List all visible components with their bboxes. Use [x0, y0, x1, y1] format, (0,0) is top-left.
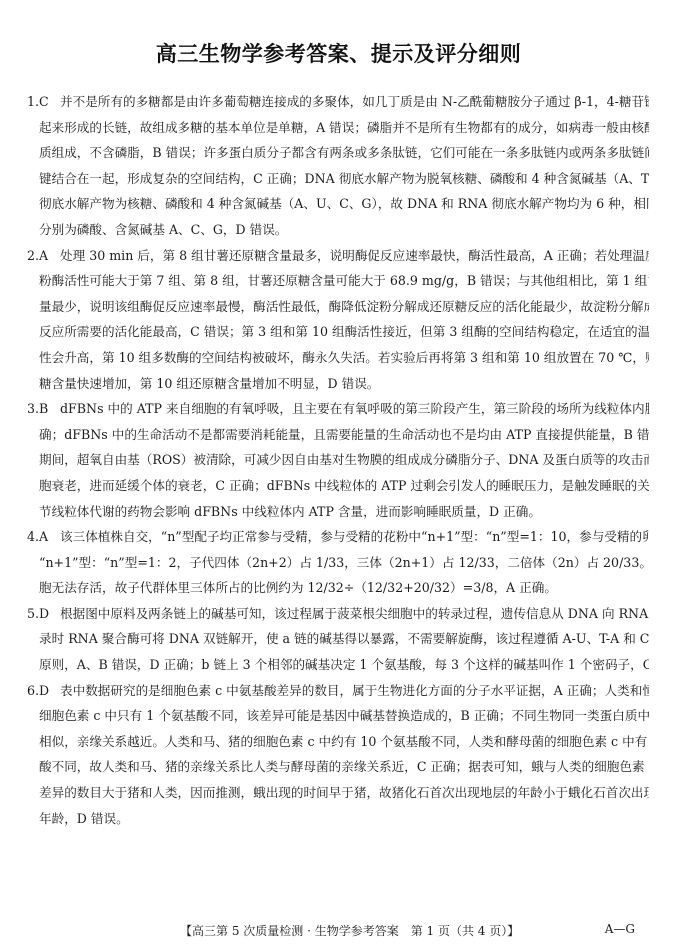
- explanation-text: 表中数据研究的是细胞色素 c 中氨基酸差异的数目，属于生物进化方面的分子水平证据…: [60, 683, 649, 698]
- answer-text-line: 录时 RNA 聚合酶可将 DNA 双链解开，使 a 链的碱基得以暴露，不需要解旋…: [27, 626, 649, 652]
- answer-text-line: 性会升高，第 10 组多数酶的空间结构被破坏，酶永久失活。若实验后再将第 3 组…: [27, 345, 649, 371]
- explanation-text: 并不是所有的多糖都是由许多葡萄糖连接成的多聚体，如几丁质是由 N-乙酰葡糖胺分子…: [60, 94, 649, 109]
- answer-item: 3.BdFBNs 中的 ATP 来自细胞的有氧呼吸，且主要在有氧呼吸的第三阶段产…: [27, 396, 649, 524]
- question-number: 1.: [27, 89, 39, 115]
- answer-text-line: 量最少，说明该组酶促反应速率最慢，酶活性最低，酶降低淀粉分解成还原糖反应的活化能…: [27, 294, 649, 320]
- footer-page-info: 【高三第 5 次质量检测 · 生物学参考答案 第 1 页（共 4 页）】: [180, 922, 519, 939]
- question-number: 3.: [27, 396, 39, 422]
- explanation-text: 确；dFBNs 中的生命活动不是都需要消耗能量，且需要能量的生命活动也不是均由 …: [39, 427, 649, 442]
- answer-item: 5.D根据图中原料及两条链上的碱基可知，该过程属于菠菜根尖细胞中的转录过程，遗传…: [27, 601, 649, 678]
- explanation-text: 处理 30 min 后，第 8 组甘薯还原糖含量最多，说明酶促反应速率最快，酶活…: [60, 248, 649, 263]
- explanation-text: 录时 RNA 聚合酶可将 DNA 双链解开，使 a 链的碱基得以暴露，不需要解旋…: [39, 631, 649, 646]
- answer-text-line: 4.A该三体植株自交，“n”型配子均正常参与受精，参与受精的花粉中“n+1”型：…: [27, 524, 649, 550]
- explanation-text: 期间，超氧自由基（ROS）被清除，可减少因自由基对生物膜的组成成分磷脂分子、DN…: [39, 452, 649, 467]
- explanation-text: 反应所需要的活化能最高，C 错误；第 3 组和第 10 组酶活性接近，但第 3 …: [39, 324, 649, 339]
- footer-version-code: A—G: [605, 922, 635, 936]
- explanation-text: 细胞色素 c 中只有 1 个氨基酸不同，该差异可能是基因中碱基替换造成的，B 正…: [39, 708, 649, 723]
- explanation-text: 糖含量快速增加，第 10 组还原糖含量增加不明显，D 错误。: [39, 376, 379, 391]
- explanation-text: 根据图中原料及两条链上的碱基可知，该过程属于菠菜根尖细胞中的转录过程，遗传信息从…: [60, 606, 649, 621]
- answer-text-line: 键结合在一起，形成复杂的空间结构，C 正确；DNA 彻底水解产物为脱氧核糖、磷酸…: [27, 166, 649, 192]
- answer-text-line: 5.D根据图中原料及两条链上的碱基可知，该过程属于菠菜根尖细胞中的转录过程，遗传…: [27, 601, 649, 627]
- answer-text-line: 2.A处理 30 min 后，第 8 组甘薯还原糖含量最多，说明酶促反应速率最快…: [27, 243, 649, 269]
- explanation-text: 粉酶活性可能大于第 7 组、第 8 组，甘薯还原糖含量可能大于 68.9 mg/…: [39, 273, 649, 288]
- answer-choice: B: [39, 396, 60, 422]
- answer-text-line: 3.BdFBNs 中的 ATP 来自细胞的有氧呼吸，且主要在有氧呼吸的第三阶段产…: [27, 396, 649, 422]
- explanation-text: 相似，亲缘关系越近。人类和马、猪的细胞色素 c 中约有 10 个氨基酸不同，人类…: [39, 734, 649, 749]
- explanation-text: 该三体植株自交，“n”型配子均正常参与受精，参与受精的花粉中“n+1”型：“n”…: [60, 529, 649, 544]
- answer-item: 2.A处理 30 min 后，第 8 组甘薯还原糖含量最多，说明酶促反应速率最快…: [27, 243, 649, 397]
- explanation-text: “n+1”型：“n”型=1：2，子代四体（2n+2）占 1/33，三体（2n+1…: [39, 555, 649, 570]
- answer-text-line: 胞衰老，进而延缓个体的衰老，C 正确；dFBNs 中线粒体的 ATP 过剩会引发…: [27, 473, 649, 499]
- answer-choice: D: [39, 678, 60, 704]
- answer-text-line: 起来形成的长链，故组成多糖的基本单位是单糖，A 错误；磷脂并不是所有生物都有的成…: [27, 115, 649, 141]
- explanation-text: 性会升高，第 10 组多数酶的空间结构被破坏，酶永久失活。若实验后再将第 3 组…: [39, 350, 649, 365]
- explanation-text: 胞无法存活，故子代群体里三体所占的比例约为 12/32÷（12/32+20/32…: [39, 580, 557, 595]
- explanation-text: 起来形成的长链，故组成多糖的基本单位是单糖，A 错误；磷脂并不是所有生物都有的成…: [39, 120, 649, 135]
- answer-item: 6.D表中数据研究的是细胞色素 c 中氨基酸差异的数目，属于生物进化方面的分子水…: [27, 678, 649, 832]
- answer-text-line: 确；dFBNs 中的生命活动不是都需要消耗能量，且需要能量的生命活动也不是均由 …: [27, 422, 649, 448]
- question-number: 5.: [27, 601, 39, 627]
- explanation-text: 节线粒体代谢的药物会影响 dFBNs 中线粒体内 ATP 含量，进而影响睡眠质量…: [39, 504, 541, 519]
- answer-text-line: 糖含量快速增加，第 10 组还原糖含量增加不明显，D 错误。: [27, 371, 649, 397]
- explanation-text: 彻底水解产物为核糖、磷酸和 4 种含氮碱基（A、U、C、G），故 DNA 和 R…: [39, 196, 649, 211]
- answer-text-line: 酸不同，故人类和马、猪的亲缘关系比人类与酵母菌的亲缘关系近，C 正确；据表可知，…: [27, 754, 649, 780]
- page-title: 高三生物学参考答案、提示及评分细则: [0, 38, 677, 68]
- explanation-text: 键结合在一起，形成复杂的空间结构，C 正确；DNA 彻底水解产物为脱氧核糖、磷酸…: [39, 171, 649, 186]
- answer-choice: C: [39, 89, 60, 115]
- explanation-text: dFBNs 中的 ATP 来自细胞的有氧呼吸，且主要在有氧呼吸的第三阶段产生，第…: [60, 401, 649, 416]
- answer-choice: A: [39, 524, 60, 550]
- explanation-text: 年龄，D 错误。: [39, 811, 129, 826]
- answer-choice: D: [39, 601, 60, 627]
- question-number: 2.: [27, 243, 39, 269]
- explanation-text: 质组成，不含磷脂，B 错误；许多蛋白质分子都含有两条或多条肽链，它们可能在一条多…: [39, 145, 649, 160]
- answer-text-line: 细胞色素 c 中只有 1 个氨基酸不同，该差异可能是基因中碱基替换造成的，B 正…: [27, 703, 649, 729]
- explanation-text: 酸不同，故人类和马、猪的亲缘关系比人类与酵母菌的亲缘关系近，C 正确；据表可知，…: [39, 759, 649, 774]
- answer-text-line: 期间，超氧自由基（ROS）被清除，可减少因自由基对生物膜的组成成分磷脂分子、DN…: [27, 447, 649, 473]
- question-number: 4.: [27, 524, 39, 550]
- explanation-text: 胞衰老，进而延缓个体的衰老，C 正确；dFBNs 中线粒体的 ATP 过剩会引发…: [39, 478, 649, 493]
- answer-text-line: 质组成，不含磷脂，B 错误；许多蛋白质分子都含有两条或多条肽链，它们可能在一条多…: [27, 140, 649, 166]
- explanation-text: 分别为磷酸、含氮碱基 A、C、G，D 错误。: [39, 222, 287, 237]
- answer-text-line: 彻底水解产物为核糖、磷酸和 4 种含氮碱基（A、U、C、G），故 DNA 和 R…: [27, 191, 649, 217]
- answer-choice: A: [39, 243, 60, 269]
- answer-item: 4.A该三体植株自交，“n”型配子均正常参与受精，参与受精的花粉中“n+1”型：…: [27, 524, 649, 601]
- answer-text-line: 相似，亲缘关系越近。人类和马、猪的细胞色素 c 中约有 10 个氨基酸不同，人类…: [27, 729, 649, 755]
- answer-text-line: 原则，A、B 错误，D 正确；b 链上 3 个相邻的碱基决定 1 个氨基酸，每 …: [27, 652, 649, 678]
- answer-text-line: 6.D表中数据研究的是细胞色素 c 中氨基酸差异的数目，属于生物进化方面的分子水…: [27, 678, 649, 704]
- explanation-text: 差异的数目大于猪和人类，因而推测，蛾出现的时间早于猪，故猪化石首次出现地层的年龄…: [39, 785, 649, 800]
- answer-text-line: 年龄，D 错误。: [27, 806, 649, 832]
- answer-text-line: 粉酶活性可能大于第 7 组、第 8 组，甘薯还原糖含量可能大于 68.9 mg/…: [27, 268, 649, 294]
- answer-text-line: “n+1”型：“n”型=1：2，子代四体（2n+2）占 1/33，三体（2n+1…: [27, 550, 649, 576]
- answer-text-line: 节线粒体代谢的药物会影响 dFBNs 中线粒体内 ATP 含量，进而影响睡眠质量…: [27, 499, 649, 525]
- answer-text-line: 分别为磷酸、含氮碱基 A、C、G，D 错误。: [27, 217, 649, 243]
- answer-text-line: 差异的数目大于猪和人类，因而推测，蛾出现的时间早于猪，故猪化石首次出现地层的年龄…: [27, 780, 649, 806]
- page-footer: 【高三第 5 次质量检测 · 生物学参考答案 第 1 页（共 4 页）】 A—G: [0, 922, 677, 942]
- answer-list: 1.C并不是所有的多糖都是由许多葡萄糖连接成的多聚体，如几丁质是由 N-乙酰葡糖…: [27, 89, 649, 831]
- answer-item: 1.C并不是所有的多糖都是由许多葡萄糖连接成的多聚体，如几丁质是由 N-乙酰葡糖…: [27, 89, 649, 243]
- answer-text-line: 胞无法存活，故子代群体里三体所占的比例约为 12/32÷（12/32+20/32…: [27, 575, 649, 601]
- question-number: 6.: [27, 678, 39, 704]
- explanation-text: 量最少，说明该组酶促反应速率最慢，酶活性最低，酶降低淀粉分解成还原糖反应的活化能…: [39, 299, 649, 314]
- answer-text-line: 反应所需要的活化能最高，C 错误；第 3 组和第 10 组酶活性接近，但第 3 …: [27, 319, 649, 345]
- answer-text-line: 1.C并不是所有的多糖都是由许多葡萄糖连接成的多聚体，如几丁质是由 N-乙酰葡糖…: [27, 89, 649, 115]
- explanation-text: 原则，A、B 错误，D 正确；b 链上 3 个相邻的碱基决定 1 个氨基酸，每 …: [39, 657, 649, 672]
